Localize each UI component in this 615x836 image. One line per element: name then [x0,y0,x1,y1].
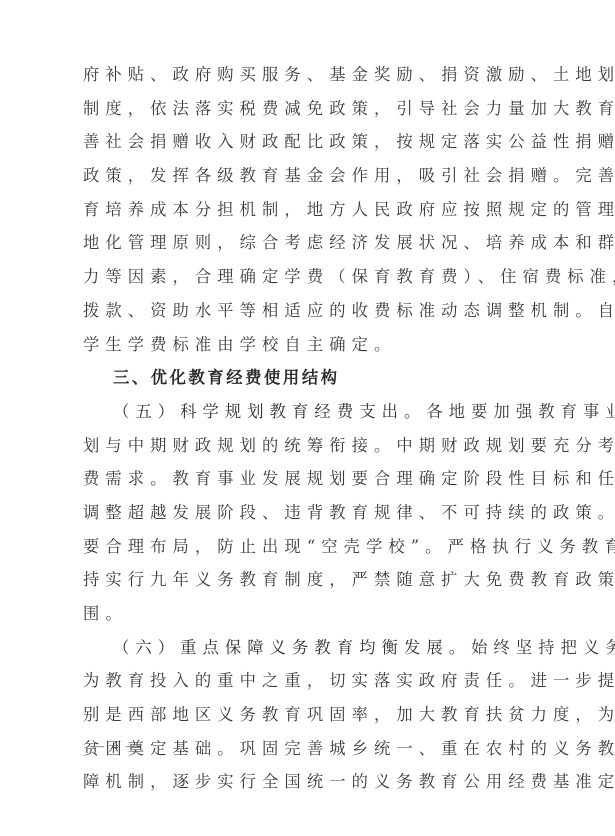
text-line: 学生学费标准由学校自主确定。 [83,328,535,362]
text-line: 力等因素，合理确定学费（保育教育费）、住宿费标准，建立与 [83,260,535,294]
text-line: 善社会捐赠收入财政配比政策，按规定落实公益性捐赠税收优惠 [83,125,535,159]
paragraph-6-text: 始终坚持把义务教育作 [471,638,615,657]
text-line: 费需求。教育事业发展规划要合理确定阶段性目标和任务，及时 [83,462,535,496]
text-line: 别是西部地区义务教育巩固率，加大教育扶贫力度，为彻底摆脱 [83,698,535,732]
text-line: 围。 [83,597,535,631]
text-line: 拨款、资助水平等相适应的收费标准动态调整机制。自费来华留 [83,294,535,328]
text-line: 制度，依法落实税费减免政策，引导社会力量加大教育投入。完 [83,92,535,126]
paragraph-6-first-line: （六）重点保障义务教育均衡发展。始终坚持把义务教育作 [83,631,535,665]
text-line: 划与中期财政规划的统筹衔接。中期财政规划要充分考虑教育经 [83,429,535,463]
text-line: 府补贴、政府购买服务、基金奖励、捐资激励、土地划拨等政策 [83,58,535,92]
page-number: — 4 — [90,739,142,755]
paragraph-5-first-line: （五）科学规划教育经费支出。各地要加强教育事业发展规 [83,395,535,429]
text-line: 要合理布局，防止出现“空壳学校”。严格执行义务教育法，坚 [83,530,535,564]
text-line: 为教育投入的重中之重，切实落实政府责任。进一步提高全国特 [83,664,535,698]
section-heading: 三、优化教育经费使用结构 [83,361,535,395]
text-line: 贫困奠定基础。巩固完善城乡统一、重在农村的义务教育经费保 [83,732,535,766]
text-line: 持实行九年义务教育制度，严禁随意扩大免费教育政策实施范 [83,563,535,597]
document-page: 府补贴、政府购买服务、基金奖励、捐资激励、土地划拨等政策 制度，依法落实税费减免… [83,58,535,799]
paragraph-5-text: 各地要加强教育事业发展规 [426,402,615,421]
text-line: 地化管理原则，综合考虑经济发展状况、培养成本和群众承受能 [83,226,535,260]
paragraph-6-lead: （六）重点保障义务教育均衡发展。 [113,638,471,657]
text-line: 育培养成本分担机制，地方人民政府应按照规定的管理权限和属 [83,193,535,227]
paragraph-5-lead: （五）科学规划教育经费支出。 [113,402,426,421]
text-line: 政策，发挥各级教育基金会作用，吸引社会捐赠。完善非义务教 [83,159,535,193]
text-line: 障机制，逐步实行全国统一的义务教育公用经费基准定额。落实 [83,765,535,799]
text-line: 调整超越发展阶段、违背教育规律、不可持续的政策。学校建设 [83,496,535,530]
